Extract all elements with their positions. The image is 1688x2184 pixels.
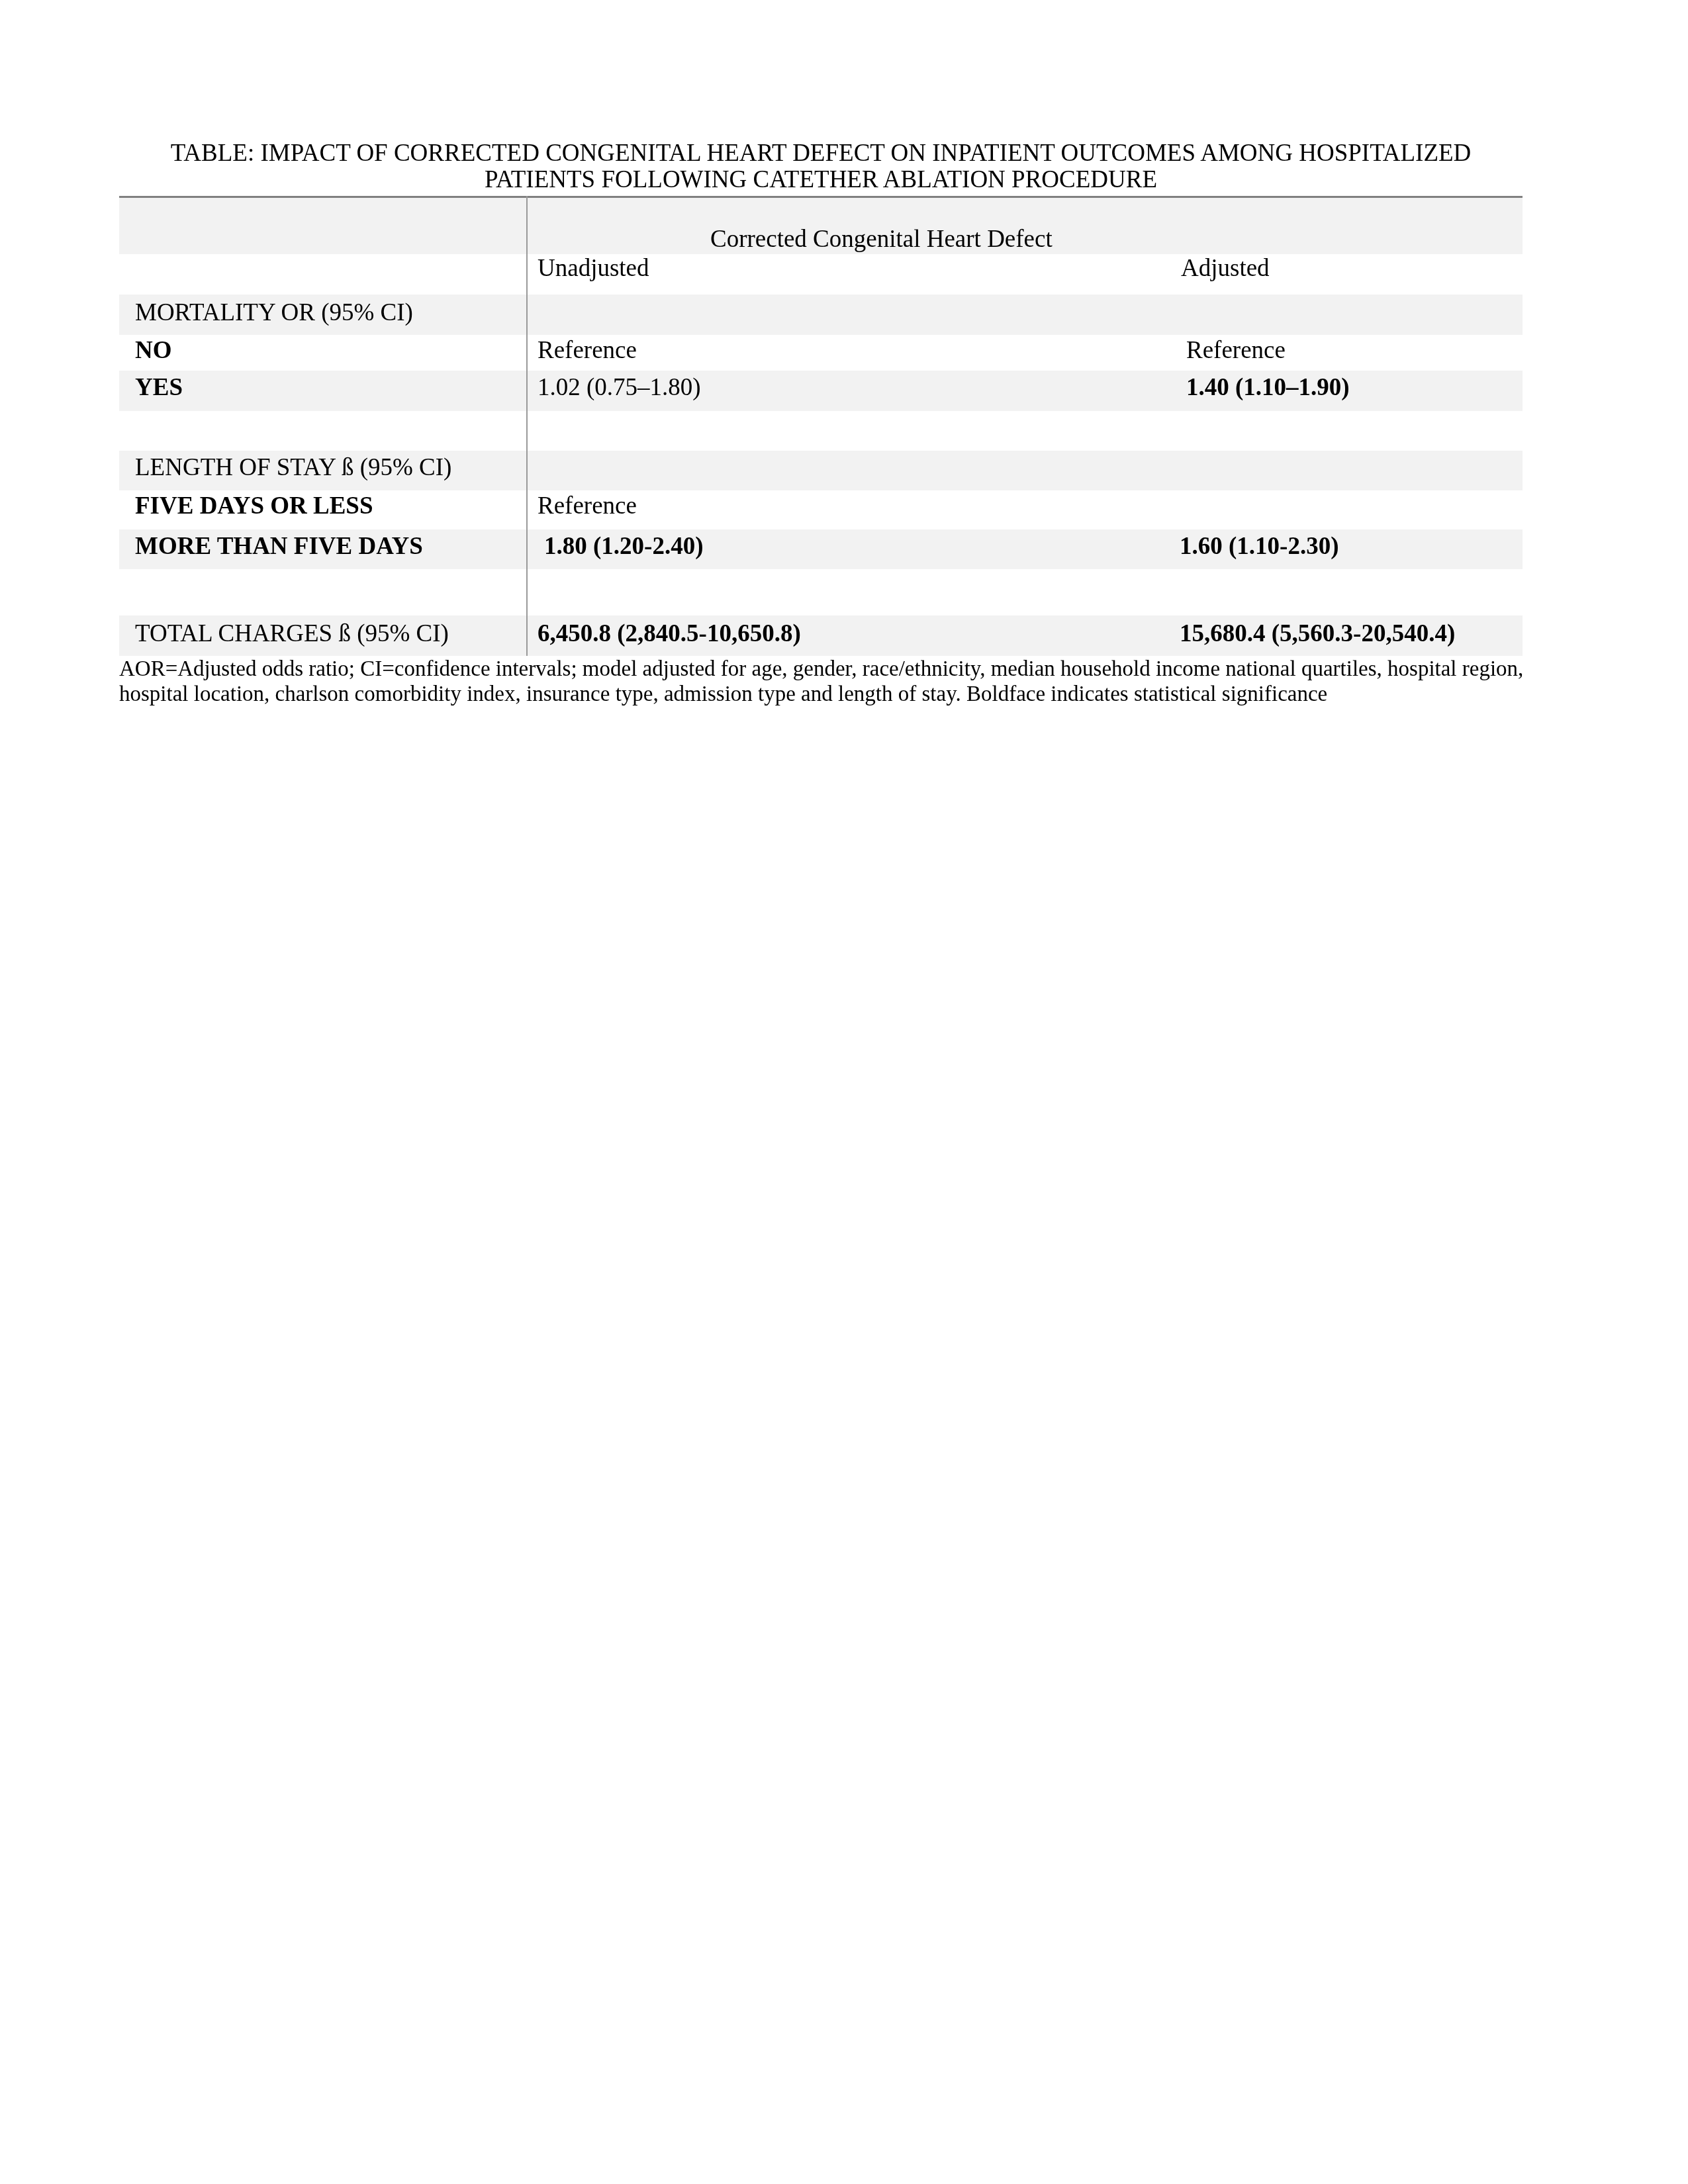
row-label: FIVE DAYS OR LESS	[135, 493, 373, 520]
section-row-mortality: MORTALITY OR (95% CI)	[119, 295, 1523, 335]
table-footnote: AOR=Adjusted odds ratio; CI=confidence i…	[119, 657, 1536, 707]
row-label: NO	[135, 338, 172, 364]
results-table: Corrected Congenital Heart Defect Unadju…	[119, 196, 1523, 656]
cell-adjusted: 1.40 (1.10–1.90)	[1186, 375, 1350, 401]
footnote-line-2: hospital location, charlson comorbidity …	[119, 682, 1536, 707]
spacer-row	[119, 411, 1523, 451]
table-row: FIVE DAYS OR LESS Reference	[119, 490, 1523, 529]
header-row-group: Corrected Congenital Heart Defect	[119, 197, 1523, 254]
section-row-length-of-stay: LENGTH OF STAY ß (95% CI)	[119, 451, 1523, 490]
cell-adjusted: 1.60 (1.10-2.30)	[1180, 533, 1338, 560]
cell-adjusted: Reference	[1186, 338, 1286, 364]
spacer-row	[119, 569, 1523, 615]
section-label: MORTALITY OR (95% CI)	[135, 300, 413, 326]
cell-unadjusted: Reference	[538, 338, 637, 364]
table-row-total-charges: TOTAL CHARGES ß (95% CI) 6,450.8 (2,840.…	[119, 615, 1523, 656]
footnote-line-1: AOR=Adjusted odds ratio; CI=confidence i…	[119, 657, 1536, 682]
cell-adjusted: 15,680.4 (5,560.3-20,540.4)	[1180, 621, 1455, 647]
section-label: TOTAL CHARGES ß (95% CI)	[135, 621, 449, 647]
column-header-adjusted: Adjusted	[1181, 255, 1270, 282]
section-label: LENGTH OF STAY ß (95% CI)	[135, 455, 451, 481]
cell-unadjusted: Reference	[538, 493, 637, 520]
cell-unadjusted: 6,450.8 (2,840.5-10,650.8)	[538, 621, 801, 647]
column-header-unadjusted: Unadjusted	[538, 255, 649, 282]
row-label: MORE THAN FIVE DAYS	[135, 533, 423, 560]
table-row: MORE THAN FIVE DAYS 1.80 (1.20-2.40) 1.6…	[119, 529, 1523, 569]
table-row: YES 1.02 (0.75–1.80) 1.40 (1.10–1.90)	[119, 371, 1523, 411]
column-divider	[526, 196, 528, 656]
table-row: NO Reference Reference	[119, 335, 1523, 371]
table-top-rule	[119, 196, 1523, 198]
cell-unadjusted: 1.80 (1.20-2.40)	[544, 533, 703, 560]
cell-unadjusted: 1.02 (0.75–1.80)	[538, 375, 701, 401]
group-header: Corrected Congenital Heart Defect	[710, 226, 1053, 253]
table-title-line-2: PATIENTS FOLLOWING CATETHER ABLATION PRO…	[119, 167, 1523, 193]
header-row-columns: Unadjusted Adjusted	[119, 254, 1523, 295]
table-title-line-1: TABLE: IMPACT OF CORRECTED CONGENITAL HE…	[119, 140, 1523, 167]
row-label: YES	[135, 375, 183, 401]
